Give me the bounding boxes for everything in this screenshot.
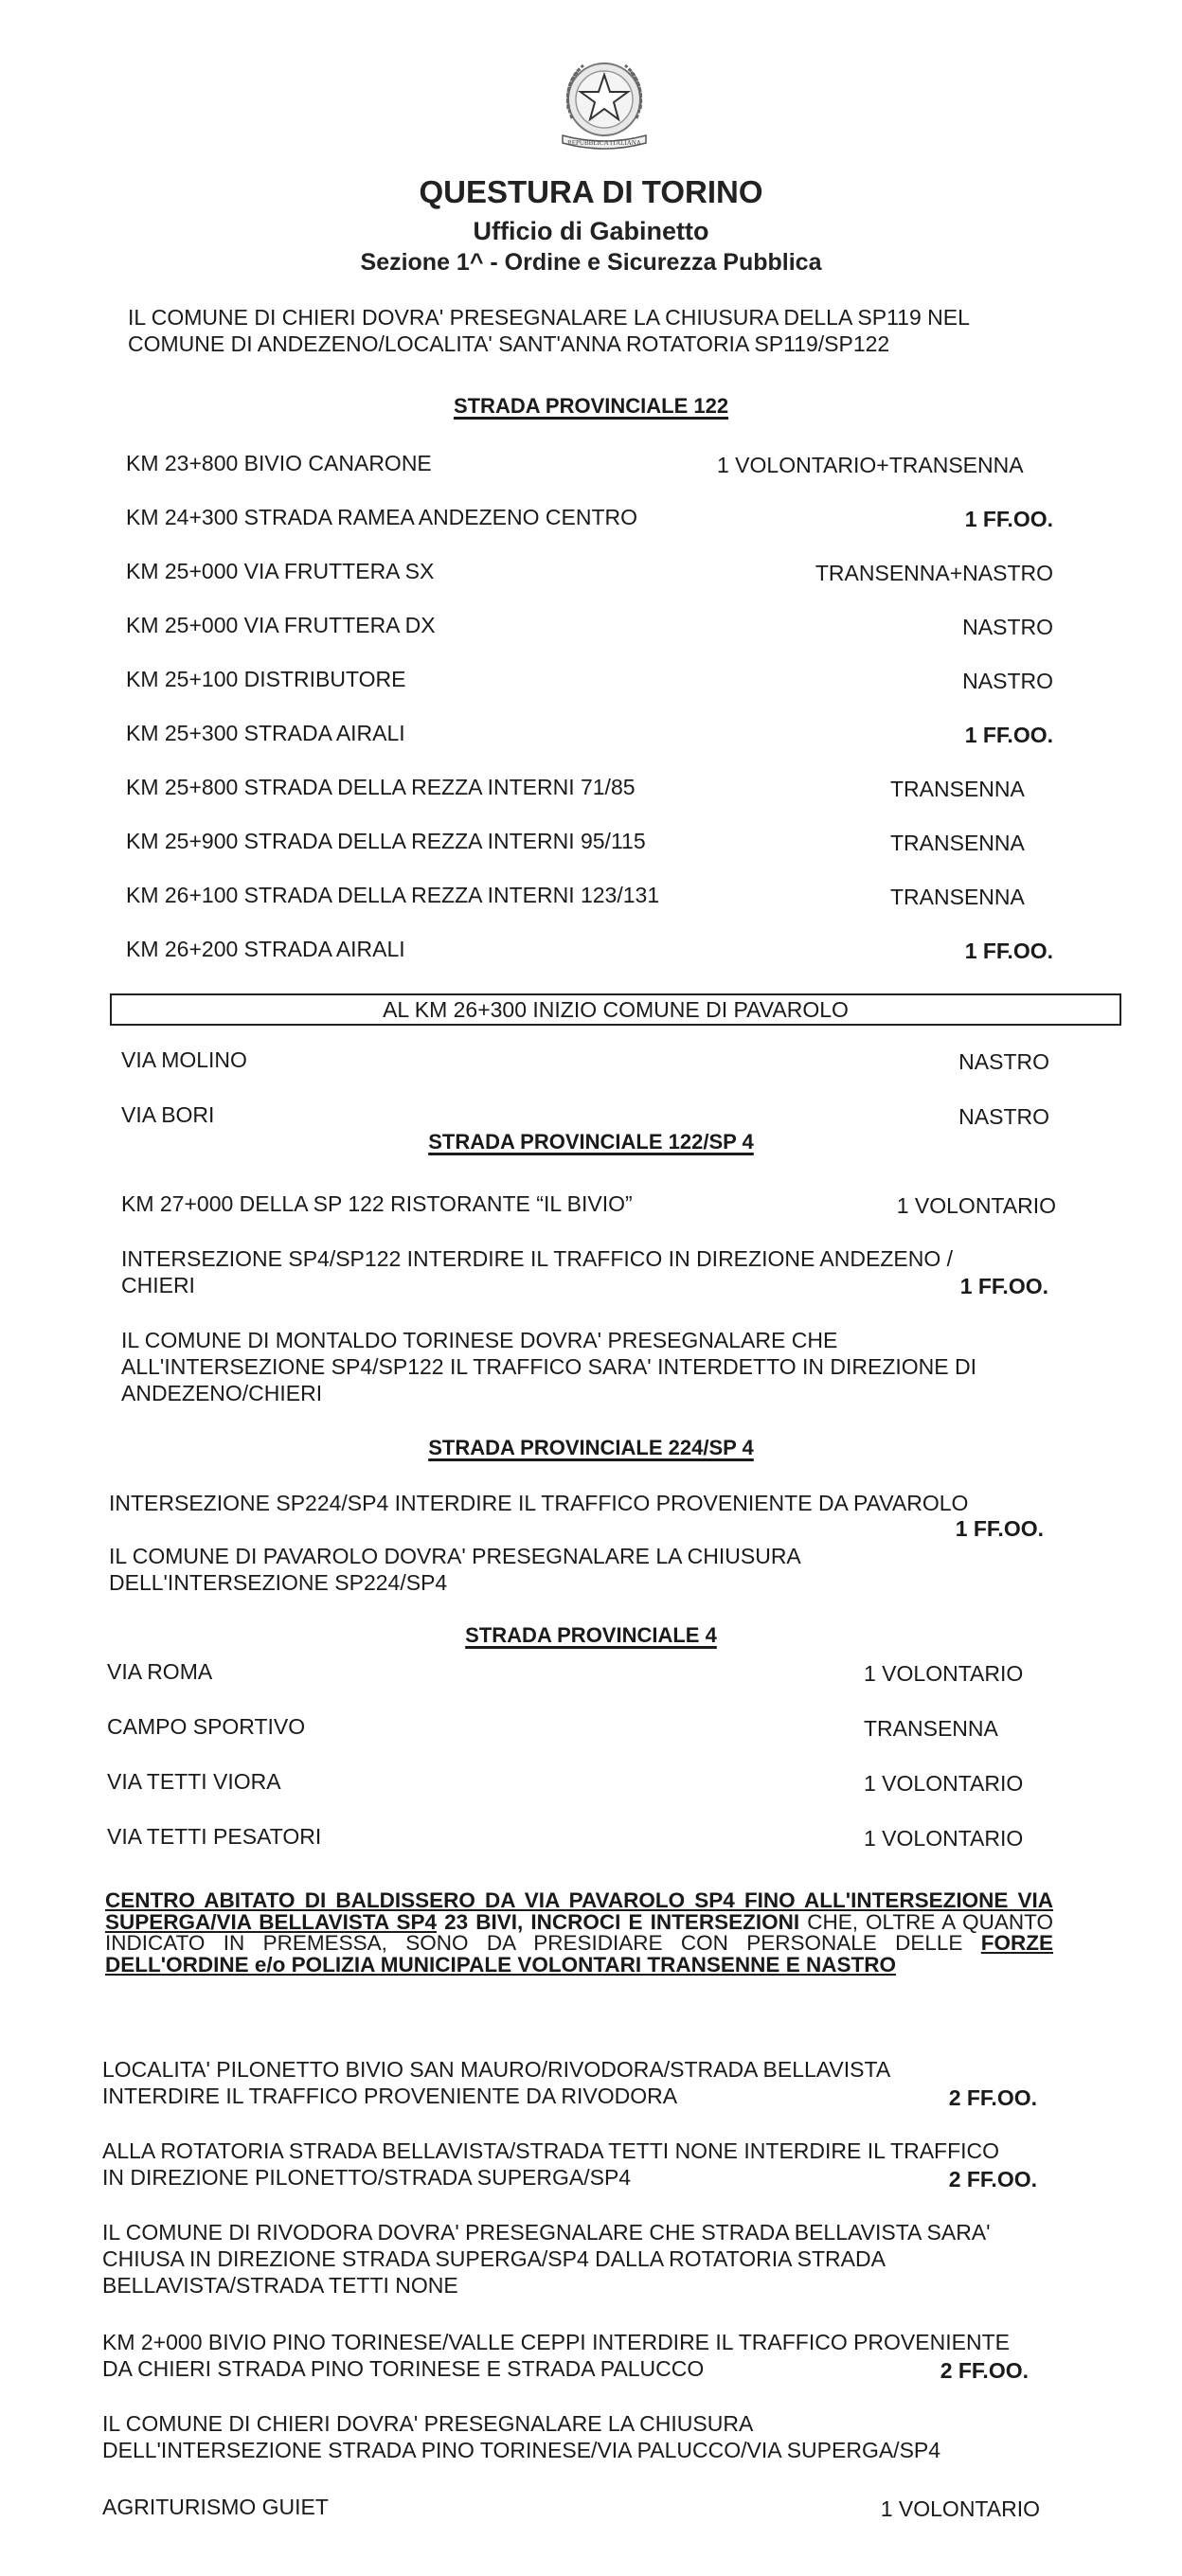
instruction-line-2: CHIERI [121,1273,195,1297]
list-item-location: AGRITURISMO GUIET [102,2495,329,2519]
list-item-location: VIA TETTI PESATORI [107,1824,321,1849]
note-line-2: DELL'INTERSEZIONE STRADA PINO TORINESE/V… [102,2438,940,2462]
list-item-resource: 1 FF.OO. [965,939,1053,963]
list-item-resource: 1 VOLONTARIO [881,2496,1040,2521]
list-item-location: KM 25+100 DISTRIBUTORE [126,667,406,691]
list-item-location: KM 25+900 STRADA DELLA REZZA INTERNI 95/… [126,829,646,853]
list-item-location: CAMPO SPORTIVO [107,1714,305,1739]
list-item-resource: 1 FF.OO. [960,1274,1048,1298]
pavarolo-boundary-banner: AL KM 26+300 INIZIO COMUNE DI PAVAROLO [110,993,1121,1026]
section-name: Sezione 1^ - Ordine e Sicurezza Pubblica [0,249,1182,277]
list-item-resource: 1 VOLONTARIO [897,1193,1056,1218]
list-item-location: VIA ROMA [107,1659,212,1684]
list-item-resource: 1 VOLONTARIO [864,1661,1023,1686]
instruction-line-1: LOCALITA' PILONETTO BIVIO SAN MAURO/RIVO… [102,2057,890,2082]
list-item-resource: 2 FF.OO. [949,2167,1037,2191]
section-heading-sp122-sp4: STRADA PROVINCIALE 122/SP 4 [0,1130,1182,1154]
list-item-location: KM 26+200 STRADA AIRALI [126,937,405,961]
list-item-resource: 1 FF.OO. [965,723,1053,747]
instruction-line-2: IN DIREZIONE PILONETTO/STRADA SUPERGA/SP… [102,2165,631,2190]
list-item-resource: NASTRO [958,1104,1049,1129]
list-item-resource: 2 FF.OO. [940,2358,1029,2383]
section-heading-sp122: STRADA PROVINCIALE 122 [0,394,1182,419]
list-item-location: VIA MOLINO [121,1047,247,1072]
list-item-resource: TRANSENNA [890,831,1025,855]
list-item-location: KM 25+300 STRADA AIRALI [126,721,405,745]
list-item-location: KM 25+000 VIA FRUTTERA DX [126,613,436,637]
list-item-location: KM 27+000 DELLA SP 122 RISTORANTE “IL BI… [121,1191,633,1216]
intro-line-2: COMUNE DI ANDEZENO/LOCALITA' SANT'ANNA R… [128,331,889,356]
instruction-line-1: INTERSEZIONE SP224/SP4 INTERDIRE IL TRAF… [109,1491,968,1515]
list-item-resource: TRANSENNA [864,1716,998,1741]
paragraph-bold-text: 23 BIVI, INCROCI E [437,1910,651,1934]
note-line-1: IL COMUNE DI RIVODORA DOVRA' PRESEGNALAR… [102,2220,991,2245]
list-item-resource: NASTRO [958,1049,1049,1074]
section-heading-sp224-sp4: STRADA PROVINCIALE 224/SP 4 [0,1436,1182,1460]
note-line-3: BELLAVISTA/STRADA TETTI NONE [102,2273,458,2298]
instruction-line-2: DA CHIERI STRADA PINO TORINESE E STRADA … [102,2356,704,2381]
office-name: Ufficio di Gabinetto [0,217,1182,246]
list-item-resource: 2 FF.OO. [949,2085,1037,2110]
list-item-resource: 1 FF.OO. [965,507,1053,531]
note-line-1: IL COMUNE DI MONTALDO TORINESE DOVRA' PR… [121,1328,837,1352]
page-title: QUESTURA DI TORINO [0,174,1182,210]
list-item-resource: 1 VOLONTARIO+TRANSENNA [717,453,1024,477]
svg-text:REPUBBLICA ITALIANA: REPUBBLICA ITALIANA [567,139,641,147]
list-item-resource: TRANSENNA [890,885,1025,909]
list-item-resource: NASTRO [962,615,1053,639]
list-item-resource: 1 VOLONTARIO [864,1826,1023,1851]
list-item-location: KM 23+800 BIVIO CANARONE [126,451,432,475]
intro-line-1: IL COMUNE DI CHIERI DOVRA' PRESEGNALARE … [128,305,970,330]
list-item-resource: TRANSENNA [890,777,1025,801]
list-item-location: KM 25+800 STRADA DELLA REZZA INTERNI 71/… [126,775,636,799]
note-line-3: ANDEZENO/CHIERI [121,1381,322,1405]
note-line-2: ALL'INTERSEZIONE SP4/SP122 IL TRAFFICO S… [121,1354,976,1379]
note-line-2: CHIUSA IN DIREZIONE STRADA SUPERGA/SP4 D… [102,2246,886,2271]
note-line-1: IL COMUNE DI PAVAROLO DOVRA' PRESEGNALAR… [109,1544,801,1568]
list-item-resource: 1 FF.OO. [956,1516,1044,1541]
note-line-2: DELL'INTERSEZIONE SP224/SP4 [109,1570,447,1595]
note-line-1: IL COMUNE DI CHIERI DOVRA' PRESEGNALARE … [102,2411,753,2436]
list-item-resource: NASTRO [962,669,1053,693]
list-item-location: KM 25+000 VIA FRUTTERA SX [126,559,434,583]
list-item-location: KM 26+100 STRADA DELLA REZZA INTERNI 123… [126,883,659,907]
baldissero-paragraph: CENTRO ABITATO DI BALDISSERO DA VIA PAVA… [105,1890,1053,1976]
list-item-location: VIA BORI [121,1102,214,1127]
section-heading-sp4: STRADA PROVINCIALE 4 [0,1623,1182,1648]
instruction-line-1: ALLA ROTATORIA STRADA BELLAVISTA/STRADA … [102,2138,999,2163]
instruction-line-2: INTERDIRE IL TRAFFICO PROVENIENTE DA RIV… [102,2084,677,2108]
paragraph-bold-text: INTERSEZIONI [651,1910,800,1934]
instruction-line-1: KM 2+000 BIVIO PINO TORINESE/VALLE CEPPI… [102,2330,1010,2354]
republic-emblem-icon: REPUBBLICA ITALIANA [551,52,657,158]
list-item-location: VIA TETTI VIORA [107,1769,281,1794]
instruction-line-1: INTERSEZIONE SP4/SP122 INTERDIRE IL TRAF… [121,1246,953,1271]
list-item-resource: TRANSENNA+NASTRO [815,561,1053,585]
list-item-resource: 1 VOLONTARIO [864,1771,1023,1796]
list-item-location: KM 24+300 STRADA RAMEA ANDEZENO CENTRO [126,505,637,529]
